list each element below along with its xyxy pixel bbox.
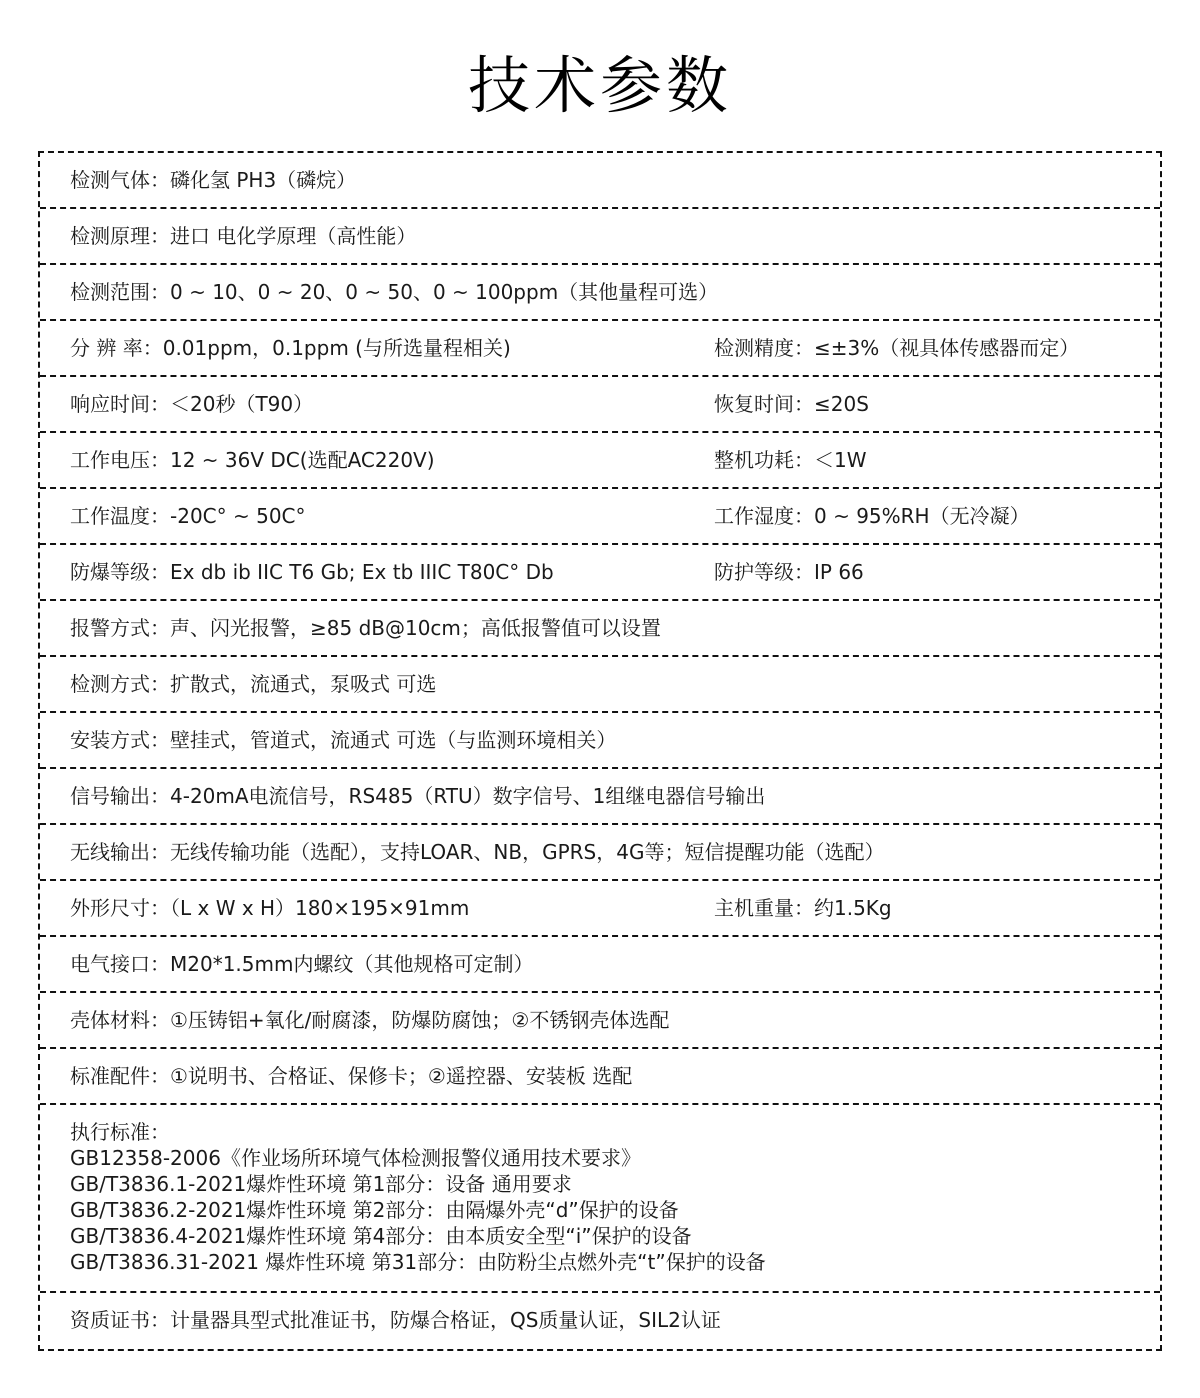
spec-detection-mode: 检测方式：扩散式，流通式，泵吸式 可选 xyxy=(70,657,436,711)
spec-range: 检测范围：0 ~ 10、0 ~ 20、0 ~ 50、0 ~ 100ppm（其他量… xyxy=(70,265,718,319)
spec-gas: 检测气体：磷化氢 PH3（磷烷） xyxy=(70,153,356,207)
standards-heading: 执行标准： xyxy=(70,1119,1160,1145)
standard-line: GB/T3836.2-2021爆炸性环境 第2部分：由隔爆外壳“d”保护的设备 xyxy=(70,1197,1160,1223)
spec-row-range: 检测范围：0 ~ 10、0 ~ 20、0 ~ 50、0 ~ 100ppm（其他量… xyxy=(40,265,1160,321)
spec-row-explosion: 防爆等级：Ex db ib IIC T6 Gb; Ex tb IIIC T80C… xyxy=(40,545,1160,601)
spec-housing-material: 壳体材料：①压铸铝+氧化/耐腐漆，防爆防腐蚀；②不锈钢壳体选配 xyxy=(70,993,669,1047)
spec-row-wireless: 无线输出：无线传输功能（选配），支持LOAR、NB，GPRS，4G等；短信提醒功… xyxy=(40,825,1160,881)
spec-row-gas: 检测气体：磷化氢 PH3（磷烷） xyxy=(40,153,1160,209)
spec-installation: 安装方式：壁挂式，管道式，流通式 可选（与监测环境相关） xyxy=(70,713,616,767)
spec-row-interface: 电气接口：M20*1.5mm内螺纹（其他规格可定制） xyxy=(40,937,1160,993)
spec-row-standards: 执行标准： GB12358-2006《作业场所环境气体检测报警仪通用技术要求》 … xyxy=(40,1105,1160,1293)
spec-temperature: 工作温度：-20C° ~ 50C° xyxy=(70,489,306,543)
standard-line: GB12358-2006《作业场所环境气体检测报警仪通用技术要求》 xyxy=(70,1145,1160,1171)
spec-principle: 检测原理：进口 电化学原理（高性能） xyxy=(70,209,416,263)
spec-explosion-grade: 防爆等级：Ex db ib IIC T6 Gb; Ex tb IIIC T80C… xyxy=(70,545,554,599)
spec-row-resolution: 分 辨 率：0.01ppm，0.1ppm (与所选量程相关) 检测精度：≤±3%… xyxy=(40,321,1160,377)
spec-resolution: 分 辨 率：0.01ppm，0.1ppm (与所选量程相关) xyxy=(70,321,511,375)
spec-humidity: 工作湿度：0 ~ 95%RH（无冷凝） xyxy=(714,489,1030,543)
spec-power: 整机功耗：＜1W xyxy=(714,433,867,487)
spec-row-housing: 壳体材料：①压铸铝+氧化/耐腐漆，防爆防腐蚀；②不锈钢壳体选配 xyxy=(40,993,1160,1049)
spec-row-signal: 信号输出：4-20mA电流信号，RS485（RTU）数字信号、1组继电器信号输出 xyxy=(40,769,1160,825)
spec-row-detection-mode: 检测方式：扩散式，流通式，泵吸式 可选 xyxy=(40,657,1160,713)
spec-row-accessories: 标准配件：①说明书、合格证、保修卡；②遥控器、安装板 选配 xyxy=(40,1049,1160,1105)
spec-accessories: 标准配件：①说明书、合格证、保修卡；②遥控器、安装板 选配 xyxy=(70,1049,632,1103)
spec-certificates: 资质证书：计量器具型式批准证书，防爆合格证，QS质量认证，SIL2认证 xyxy=(70,1293,721,1347)
spec-signal-output: 信号输出：4-20mA电流信号，RS485（RTU）数字信号、1组继电器信号输出 xyxy=(70,769,765,823)
spec-row-voltage: 工作电压：12 ~ 36V DC(选配AC220V) 整机功耗：＜1W xyxy=(40,433,1160,489)
spec-row-dimensions: 外形尺寸：（L x W x H）180×195×91mm 主机重量：约1.5Kg xyxy=(40,881,1160,937)
spec-row-certificates: 资质证书：计量器具型式批准证书，防爆合格证，QS质量认证，SIL2认证 xyxy=(40,1293,1160,1349)
spec-voltage: 工作电压：12 ~ 36V DC(选配AC220V) xyxy=(70,433,435,487)
spec-protection-grade: 防护等级：IP 66 xyxy=(714,545,864,599)
spec-row-alarm: 报警方式：声、闪光报警，≥85 dB@10cm；高低报警值可以设置 xyxy=(40,601,1160,657)
spec-row-principle: 检测原理：进口 电化学原理（高性能） xyxy=(40,209,1160,265)
spec-recovery-time: 恢复时间：≤20S xyxy=(714,377,869,431)
standard-line: GB/T3836.1-2021爆炸性环境 第1部分：设备 通用要求 xyxy=(70,1171,1160,1197)
spec-row-response: 响应时间：＜20秒（T90） 恢复时间：≤20S xyxy=(40,377,1160,433)
spec-wireless-output: 无线输出：无线传输功能（选配），支持LOAR、NB，GPRS，4G等；短信提醒功… xyxy=(70,825,884,879)
spec-alarm: 报警方式：声、闪光报警，≥85 dB@10cm；高低报警值可以设置 xyxy=(70,601,661,655)
standard-line: GB/T3836.31-2021 爆炸性环境 第31部分：由防粉尘点燃外壳“t”… xyxy=(70,1249,1160,1275)
spec-electrical-interface: 电气接口：M20*1.5mm内螺纹（其他规格可定制） xyxy=(70,937,533,991)
spec-row-installation: 安装方式：壁挂式，管道式，流通式 可选（与监测环境相关） xyxy=(40,713,1160,769)
spec-row-temperature: 工作温度：-20C° ~ 50C° 工作湿度：0 ~ 95%RH（无冷凝） xyxy=(40,489,1160,545)
standards-block: 执行标准： GB12358-2006《作业场所环境气体检测报警仪通用技术要求》 … xyxy=(40,1119,1160,1275)
spec-response-time: 响应时间：＜20秒（T90） xyxy=(70,377,313,431)
spec-accuracy: 检测精度：≤±3%（视具体传感器而定） xyxy=(714,321,1079,375)
standard-line: GB/T3836.4-2021爆炸性环境 第4部分：由本质安全型“i”保护的设备 xyxy=(70,1223,1160,1249)
page-title: 技术参数 xyxy=(0,46,1200,126)
spec-dimensions: 外形尺寸：（L x W x H）180×195×91mm xyxy=(70,881,469,935)
spec-weight: 主机重量：约1.5Kg xyxy=(714,881,892,935)
spec-table: 检测气体：磷化氢 PH3（磷烷） 检测原理：进口 电化学原理（高性能） 检测范围… xyxy=(38,151,1162,1351)
